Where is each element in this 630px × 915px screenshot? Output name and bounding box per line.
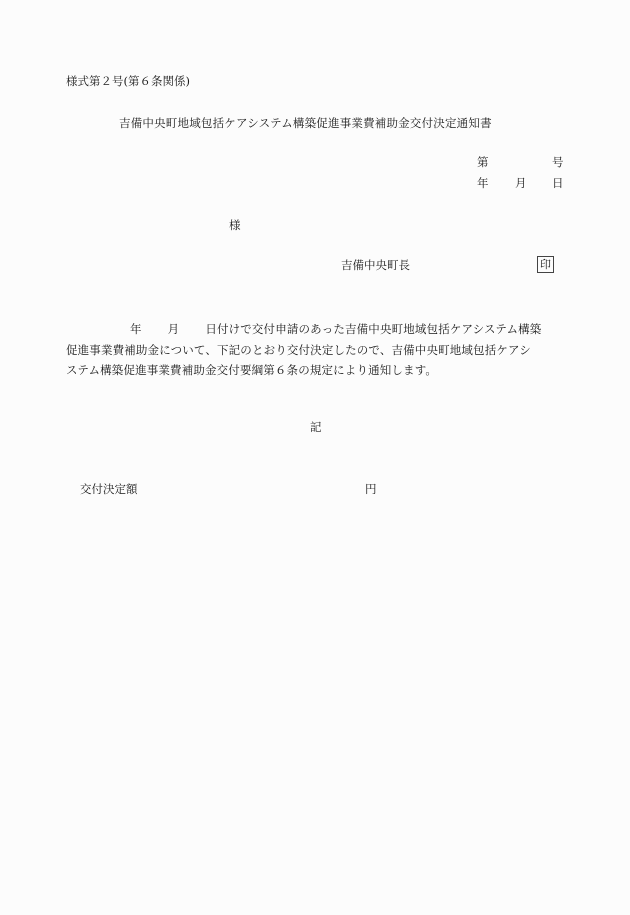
body-year-label: 年 xyxy=(130,322,142,336)
body-line-1-text: 日付けで交付申請のあった吉備中央町地域包括ケアシステム構築 xyxy=(205,322,541,336)
reference-number-prefix: 第 xyxy=(477,155,489,169)
seal-stamp-box: 印 xyxy=(537,256,554,273)
date-day-label: 日 xyxy=(552,176,564,190)
body-line-2: 促進事業費補助金について、下記のとおり交付決定したので、吉備中央町地域包括ケアシ xyxy=(66,340,586,361)
grant-amount-label: 交付決定額 xyxy=(80,482,138,496)
body-month-label: 月 xyxy=(168,322,180,336)
document-title: 吉備中央町地域包括ケアシステム構築促進事業費補助金交付決定通知書 xyxy=(119,116,492,130)
notification-body: 年月日付けで交付申請のあった吉備中央町地域包括ケアシステム構築 促進事業費補助金… xyxy=(66,319,586,381)
date-month-label: 月 xyxy=(515,176,527,190)
reference-number-suffix: 号 xyxy=(552,155,564,169)
grant-amount-unit: 円 xyxy=(365,482,377,496)
issuer-name: 吉備中央町長 xyxy=(341,258,410,272)
form-number: 様式第２号(第６条関係) xyxy=(66,74,190,88)
ki-heading: 記 xyxy=(310,420,322,434)
date-year-label: 年 xyxy=(477,176,489,190)
addressee-honorific: 様 xyxy=(229,218,241,232)
body-line-1: 年月日付けで交付申請のあった吉備中央町地域包括ケアシステム構築 xyxy=(66,319,586,340)
body-line-3: ステム構築促進事業費補助金交付要綱第６条の規定により通知します。 xyxy=(66,360,586,381)
seal-label: 印 xyxy=(540,257,551,272)
